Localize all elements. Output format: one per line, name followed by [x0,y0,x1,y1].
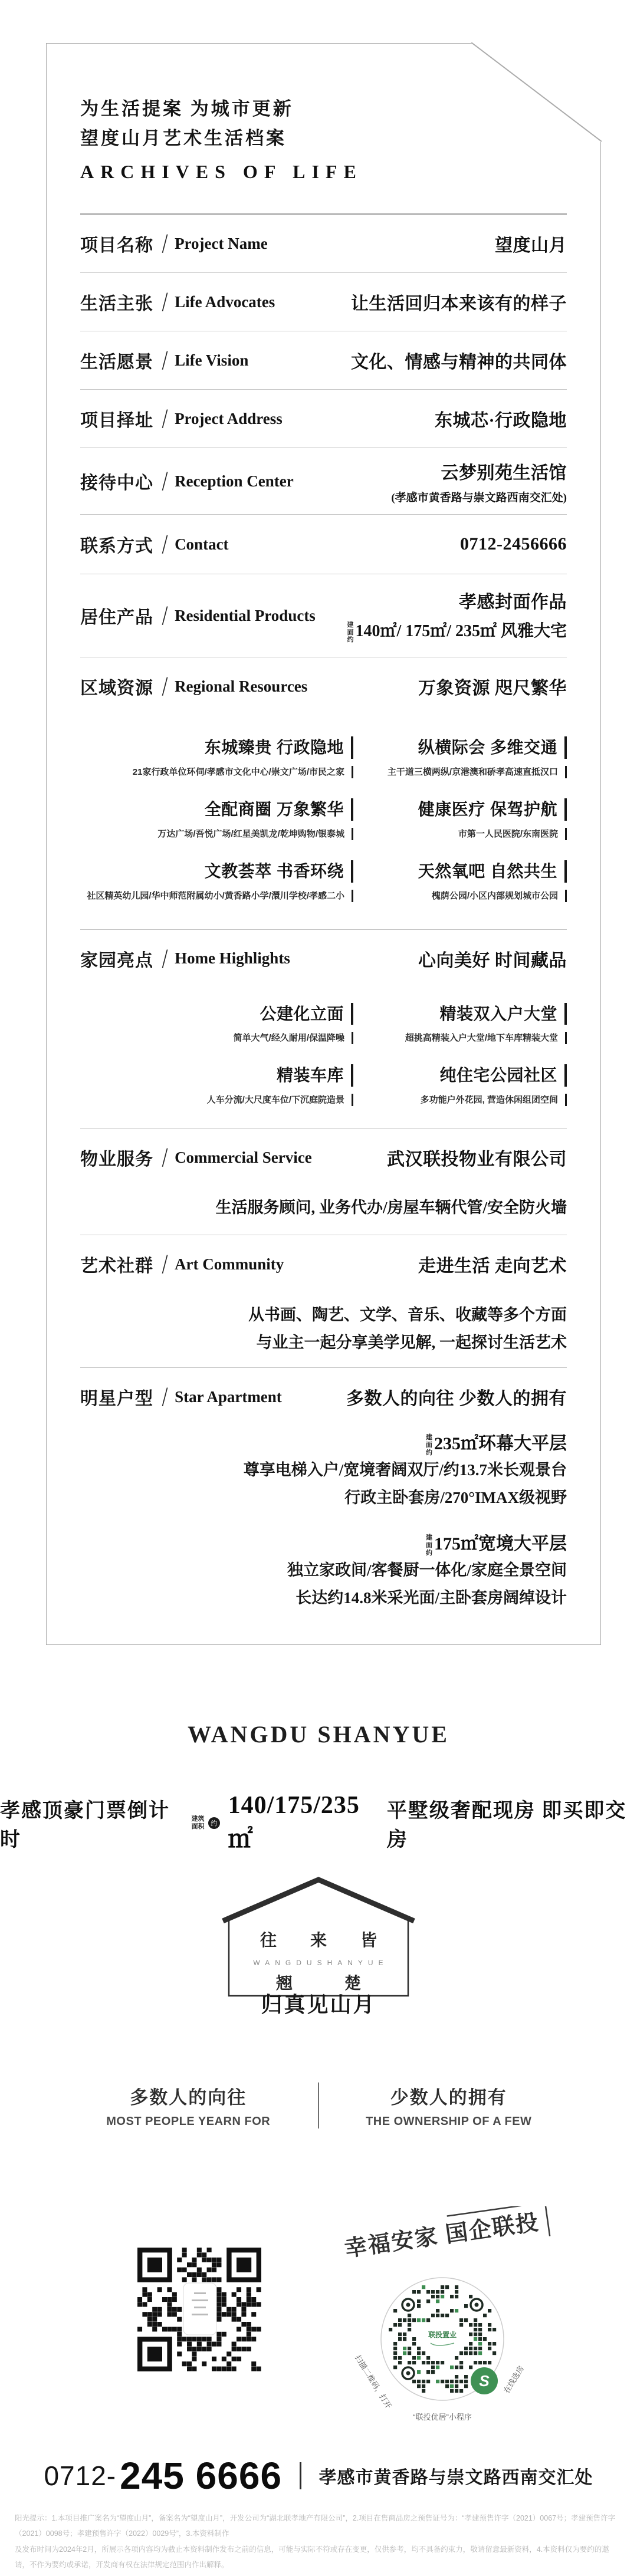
slash-divider: / [162,1381,168,1413]
row-label: 生活主张 / Life Advocates [80,286,275,318]
brand-slogan: 归真见山月 [0,1988,637,2018]
cell-desc: 槐荫公园/小区内部规划城市公园 [432,890,567,902]
disclaimer-line-1: 阳光提示：1.本项目推广案名为“望度山月”，备案名为“望度山月”，开发公司为“湖… [15,2511,622,2542]
archive-card: 为生活提案 为城市更新 望度山月艺术生活档案 ARCHIVES OF LIFE … [46,43,601,1645]
yearn-right-en: THE OWNERSHIP OF A FEW [352,2115,546,2128]
house-emblem: 往 来 皆 WANGDUSHANYUE 翘 楚 [0,1874,637,2001]
vertical-divider [318,2082,319,2128]
qr-center-logo: 联投置业 [428,2330,457,2339]
art-line: 与业主一起分享美学见解, 一起探讨生活艺术 [80,1329,567,1357]
countdown-right-text: 平墅级奢配现房 即买即交房 [387,1794,637,1852]
disclaimer-line-2: 及发布时间为2024年2月，所展示各项内容均为截止本资料制作发布之前的信息，可能… [15,2542,622,2573]
cell-desc: 主干道三横两纵/京港澳和硚孝高速直抵汉口 [388,766,567,778]
yearn-left: 多数人的向往 MOST PEOPLE YEARN FOR [91,2082,285,2128]
reception-name: 云梦别苑生活馆 [391,458,567,484]
area-prefix: 建面约 [425,1534,432,1557]
arc-text-right: 在线选房 [502,2364,526,2395]
header-english-title: ARCHIVES OF LIFE [80,161,567,183]
yearn-strip: 多数人的向往 MOST PEOPLE YEARN FOR 少数人的拥有 THE … [0,2082,637,2128]
countdown-areas: 140/175/235㎡ [228,1791,379,1855]
row-label: 项目择址 / Project Address [80,403,283,435]
contact-phone: 0712-2456666 [460,534,567,554]
slash-divider: / [162,670,168,702]
section-regional-resources: 区域资源 / Regional Resources 万象资源 咫尺繁华 东城臻贵… [80,657,567,929]
section-art-community: 艺术社群 / Art Community 走进生活 走向艺术 从书画、陶艺、文学… [80,1235,567,1368]
label-en: Life Vision [175,351,248,370]
arc-text-mid: “联投优居”小程序 [413,2413,472,2422]
label-zh: 艺术社群 [80,1251,153,1277]
label-zh: 生活主张 [80,289,153,315]
section-header: 区域资源 / Regional Resources 万象资源 咫尺繁华 [80,657,567,715]
row-label: 接待中心 / Reception Center [80,465,294,497]
row-life-vision: 生活愿景 / Life Vision 文化、情感与精神的共同体 [80,331,567,390]
row-value: 云梦别苑生活馆 (孝感市黄香路与崇文路西南交汇处) [391,458,567,505]
poster-page: 为生活提案 为城市更新 望度山月艺术生活档案 ARCHIVES OF LIFE … [0,0,637,2576]
label-zh: 区域资源 [80,673,153,699]
regional-cell: 健康医疗 保驾护航 市第一人民医院/东南医院 [353,798,567,840]
product-title: 孝感封面作品 [346,587,567,613]
reception-address: (孝感市黄香路与崇文路西南交汇处) [391,489,567,505]
emblem-letters: WANGDUSHANYUE [253,1959,388,1967]
legal-disclaimer: 阳光提示：1.本项目推广案名为“望度山月”，备案名为“望度山月”，开发公司为“湖… [15,2511,622,2572]
cell-desc: 多功能户外花园, 营造休闲组团空间 [421,1094,567,1106]
phone-number: 245 6666 [120,2454,282,2498]
cell-title: 天然氧吧 自然共生 [418,860,567,883]
circular-qr-icon: 幸福安家 国企联投 联投置业 S 扫描二维码，打开 “联投优居”小程序 在线选房 [321,2206,569,2442]
row-project-name: 项目名称 / Project Name 望度山月 [80,215,567,273]
label-en: Art Community [175,1255,284,1274]
row-value: 文化、情感与精神的共同体 [351,347,567,373]
row-value: 让生活回归本来该有的样子 [351,289,567,315]
countdown-line: 孝感顶豪门票倒计时 建筑面积 约 140/175/235㎡ 平墅级奢配现房 即买… [0,1791,637,1855]
slash-divider: / [162,286,168,318]
slash-divider: / [162,344,168,376]
section-value: 万象资源 咫尺繁华 [418,673,567,699]
label-en: Project Address [175,410,283,428]
product-areas: 建面约140㎡/ 175㎡/ 235㎡ 风雅大宅 [346,618,567,644]
cell-title: 纯住宅公园社区 [439,1064,567,1087]
section-property-service: 物业服务 / Commercial Service 武汉联投物业有限公司 生活服… [80,1129,567,1235]
highlight-cell: 精装车库 人车分流/大尺度车位/下沉庭院造景 [80,1064,353,1106]
row-life-advocates: 生活主张 / Life Advocates 让生活回归本来该有的样子 [80,273,567,331]
unit-feature: 长达约14.8米采光面/主卧套房阔绰设计 [80,1584,567,1612]
label-zh: 联系方式 [80,531,153,557]
slash-divider: / [162,1248,168,1280]
row-value: 望度山月 [495,231,567,256]
row-value: 孝感封面作品 建面约140㎡/ 175㎡/ 235㎡ 风雅大宅 [346,587,567,644]
cell-desc: 简单大气/经久耐用/保温降噪 [234,1032,353,1044]
label-zh: 明星户型 [80,1384,153,1410]
unit-175: 建面约175㎡宽境大平层 独立家政间/客餐厨一体化/家庭全景空间 长达约14.8… [80,1532,567,1612]
label-zh: 物业服务 [80,1144,153,1170]
unit-235: 建面约235㎡环幕大平层 尊享电梯入户/宽境奢阔双厅/约13.7米长观景台 行政… [80,1432,567,1512]
cell-title: 精装双入户大堂 [439,1003,567,1025]
regional-cell: 文教荟萃 书香环绕 社区精英幼儿园/华中师范附属幼小/黄香路小学/澴川学校/孝感… [80,860,353,902]
unit-title: 建面约175㎡宽境大平层 [80,1532,567,1557]
row-contact: 联系方式 / Contact 0712-2456666 [80,515,567,574]
cell-desc: 人车分流/大尺度车位/下沉庭院造景 [207,1094,353,1106]
cell-title: 公建化立面 [260,1003,353,1025]
wechat-qr-code [137,2248,261,2374]
qr-code-icon [137,2248,261,2371]
label-en: Home Highlights [175,949,290,968]
unit-title-text: 235㎡环幕大平层 [434,1434,567,1453]
project-address: 孝感市黄香路与崇文路西南交汇处 [319,2463,593,2489]
label-en: Regional Resources [175,677,307,696]
art-line: 从书画、陶艺、文学、音乐、收藏等多个方面 [80,1301,567,1329]
cell-desc: 超挑高精装入户大堂/地下车库精装大堂 [405,1032,567,1044]
label-en: Project Name [175,235,268,253]
yearn-right-zh: 少数人的拥有 [352,2082,546,2109]
art-description: 从书画、陶艺、文学、音乐、收藏等多个方面 与业主一起分享美学见解, 一起探讨生活… [80,1293,567,1367]
label-en: Star Apartment [175,1388,282,1406]
cell-desc: 社区精英幼儿园/华中师范附属幼小/黄香路小学/澴川学校/孝感二小 [87,890,353,902]
cell-title: 精装车库 [277,1064,353,1087]
section-value: 走进生活 走向艺术 [418,1251,567,1277]
wechat-s-glyph: S [479,2372,490,2390]
footer-contact-row: 0712- 245 6666 孝感市黄香路与崇文路西南交汇处 [0,2454,637,2498]
qr-title-text: 幸福安家 国企联投 [343,2210,541,2262]
section-star-apartment: 明星户型 / Star Apartment 多数人的向往 少数人的拥有 建面约2… [80,1368,567,1612]
label-en: Contact [175,535,228,554]
section-value: 武汉联投物业有限公司 [387,1144,567,1170]
star-units: 建面约235㎡环幕大平层 尊享电梯入户/宽境奢阔双厅/约13.7米长观景台 行政… [80,1426,567,1612]
cell-title: 东城臻贵 行政隐地 [205,736,353,759]
cell-title: 纵横际会 多维交通 [418,736,567,759]
slash-divider: / [162,528,168,560]
unit-feature: 独立家政间/客餐厨一体化/家庭全景空间 [80,1557,567,1584]
yearn-right: 少数人的拥有 THE OWNERSHIP OF A FEW [352,2082,546,2128]
label-zh: 生活愿景 [80,347,153,373]
cell-desc: 万达广场/吾悦广场/红星美凯龙/乾坤购物/银泰城 [157,828,353,840]
regional-cell: 东城臻贵 行政隐地 21家行政单位环伺/孝感市文化中心/崇文广场/市民之家 [80,736,353,778]
area-prefix: 建面约 [425,1434,432,1456]
row-label: 物业服务 / Commercial Service [80,1141,312,1173]
emblem-char: 往 [260,1931,277,1949]
label-zh: 居住产品 [80,603,153,629]
row-label: 区域资源 / Regional Resources [80,670,307,702]
row-label: 家园亮点 / Home Highlights [80,943,290,975]
area-values: 140㎡/ 175㎡/ 235㎡ 风雅大宅 [355,622,567,640]
section-home-highlights: 家园亮点 / Home Highlights 心向美好 时间藏品 公建化立面 简… [80,930,567,1129]
label-en: Residential Products [175,607,316,625]
row-residential-products: 居住产品 / Residential Products 孝感封面作品 建面约14… [80,574,567,657]
emblem-char: 来 [310,1931,327,1949]
regional-cell: 天然氧吧 自然共生 槐荫公园/小区内部规划城市公园 [353,860,567,902]
row-label: 联系方式 / Contact [80,528,229,560]
highlights-grid: 公建化立面 简单大气/经久耐用/保温降噪 精装双入户大堂 超挑高精装入户大堂/地… [80,1003,567,1129]
row-label: 明星户型 / Star Apartment [80,1381,282,1413]
unit-title: 建面约235㎡环幕大平层 [80,1432,567,1456]
highlight-cell: 精装双入户大堂 超挑高精装入户大堂/地下车库精装大堂 [353,1003,567,1045]
section-header: 家园亮点 / Home Highlights 心向美好 时间藏品 [80,930,567,988]
unit-feature: 尊享电梯入户/宽境奢阔双厅/约13.7米长观景台 [80,1456,567,1484]
cell-title: 文教荟萃 书香环绕 [205,860,353,883]
cell-title: 全配商圈 万象繁华 [205,798,353,821]
section-header: 艺术社群 / Art Community 走进生活 走向艺术 [80,1235,567,1293]
highlight-cell: 纯住宅公园社区 多功能户外花园, 营造休闲组团空间 [353,1064,567,1106]
section-value: 多数人的向往 少数人的拥有 [346,1384,567,1410]
cell-desc: 21家行政单位环伺/孝感市文化中心/崇文广场/市民之家 [133,766,353,778]
unit-title-text: 175㎡宽境大平层 [434,1534,567,1554]
approx-circle-badge: 约 [208,1817,220,1829]
label-zh: 家园亮点 [80,946,153,972]
label-en: Reception Center [175,472,294,491]
yearn-left-en: MOST PEOPLE YEARN FOR [91,2115,285,2128]
vertical-divider [300,2462,301,2489]
slash-divider: / [162,465,168,497]
section-header: 物业服务 / Commercial Service 武汉联投物业有限公司 [80,1129,567,1186]
section-header: 明星户型 / Star Apartment 多数人的向往 少数人的拥有 [80,1368,567,1426]
folded-corner-decoration [471,42,602,143]
highlight-cell: 公建化立面 简单大气/经久耐用/保温降噪 [80,1003,353,1045]
slash-divider: / [162,600,168,631]
property-services-list: 生活服务顾问, 业务代办/房屋车辆代管/安全防火墙 [80,1186,567,1235]
regional-grid: 东城臻贵 行政隐地 21家行政单位环伺/孝感市文化中心/崇文广场/市民之家 纵横… [80,736,567,929]
row-label: 艺术社群 / Art Community [80,1248,284,1280]
countdown-left-text: 孝感顶豪门票倒计时 [0,1794,183,1852]
label-en: Life Advocates [175,293,275,311]
cell-title: 健康医疗 保驾护航 [418,798,567,821]
area-label: 建筑面积 [192,1815,206,1831]
section-value: 心向美好 时间藏品 [418,946,567,972]
row-reception-center: 接待中心 / Reception Center 云梦别苑生活馆 (孝感市黄香路与… [80,448,567,515]
label-zh: 项目名称 [80,231,153,256]
row-value: 东城芯·行政隐地 [435,406,567,432]
label-zh: 项目择址 [80,406,153,432]
emblem-char: 皆 [360,1931,377,1949]
row-label: 居住产品 / Residential Products [80,600,316,631]
row-label: 项目名称 / Project Name [80,228,268,259]
phone-prefix: 0712- [44,2460,116,2492]
slash-divider: / [162,228,168,259]
cell-desc: 市第一人民医院/东南医院 [458,828,567,840]
brand-wordmark: WANGDU SHANYUE [0,1720,637,1748]
area-label-block: 建筑面积 约 [192,1815,220,1831]
regional-cell: 纵横际会 多维交通 主干道三横两纵/京港澳和硚孝高速直抵汉口 [353,736,567,778]
yearn-left-zh: 多数人的向往 [91,2082,285,2109]
unit-feature: 行政主卧套房/270°IMAX级视野 [80,1484,567,1512]
regional-cell: 全配商圈 万象繁华 万达广场/吾悦广场/红星美凯龙/乾坤购物/银泰城 [80,798,353,840]
label-zh: 接待中心 [80,468,153,494]
slash-divider: / [162,943,168,975]
house-emblem-icon: 往 来 皆 WANGDUSHANYUE 翘 楚 [218,1874,419,2001]
slash-divider: / [162,1141,168,1173]
area-prefix: 建面约 [346,621,353,644]
label-en: Commercial Service [175,1149,312,1167]
row-project-address: 项目择址 / Project Address 东城芯·行政隐地 [80,390,567,448]
slash-divider: / [162,403,168,435]
miniprogram-qr-block: 幸福安家 国企联投 联投置业 S 扫描二维码，打开 “联投优居”小程序 在线选房 [321,2206,569,2445]
row-label: 生活愿景 / Life Vision [80,344,248,376]
